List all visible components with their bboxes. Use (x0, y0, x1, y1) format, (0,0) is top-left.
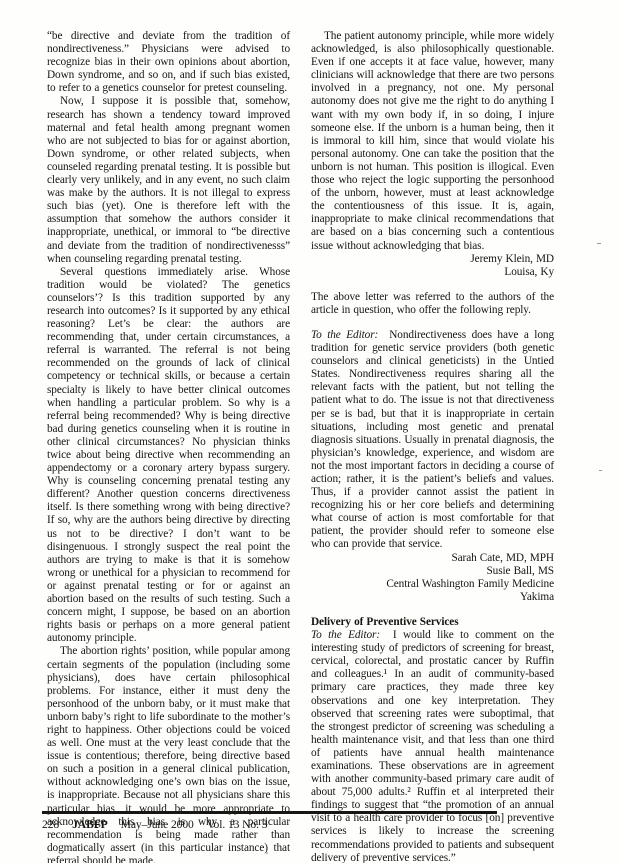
letter-paragraph: To the Editor: I would like to comment o… (311, 629, 554, 863)
text-column-left: “be directive and deviate from the tradi… (47, 30, 290, 863)
signature-line: Louisa, Ky (311, 266, 554, 279)
footer-volume-number: Vol. 13 No. 3 (207, 818, 268, 831)
signature-line: Central Washington Family Medicine (311, 578, 554, 591)
scan-speck (599, 470, 602, 471)
paragraph: Several questions immediately arise. Who… (47, 266, 290, 646)
footer-rule (42, 811, 497, 814)
scan-speck (266, 852, 268, 854)
page-footer: 228JABFPMay–June 2000Vol. 13 No. 3 (42, 818, 280, 831)
text-column-right: The patient autonomy principle, while mo… (311, 30, 554, 863)
footer-issue: May–June 2000 (121, 818, 194, 831)
signature-block: Sarah Cate, MD, MPHSusie Ball, MSCentral… (311, 552, 554, 604)
scan-speck (597, 243, 601, 244)
paragraph: “be directive and deviate from the tradi… (47, 30, 290, 95)
letter-salutation: To the Editor: (311, 329, 378, 341)
signature-line: Jeremy Klein, MD (311, 253, 554, 266)
signature-line: Yakima (311, 591, 554, 604)
footer-page-number: 228 (42, 818, 59, 831)
section-heading: Delivery of Preventive Services (311, 616, 554, 629)
footer-journal-abbrev: JABFP (72, 818, 108, 831)
signature-block: Jeremy Klein, MDLouisa, Ky (311, 253, 554, 279)
signature-line: Sarah Cate, MD, MPH (311, 552, 554, 565)
paragraph: Now, I suppose it is possible that, some… (47, 95, 290, 265)
paragraph: The patient autonomy principle, while mo… (311, 30, 554, 253)
journal-page: “be directive and deviate from the tradi… (0, 0, 620, 863)
signature-line: Susie Ball, MS (311, 565, 554, 578)
paragraph: The above letter was referred to the aut… (311, 291, 554, 317)
letter-paragraph: To the Editor: Nondirectiveness does hav… (311, 329, 554, 552)
letter-salutation: To the Editor: (311, 629, 380, 641)
